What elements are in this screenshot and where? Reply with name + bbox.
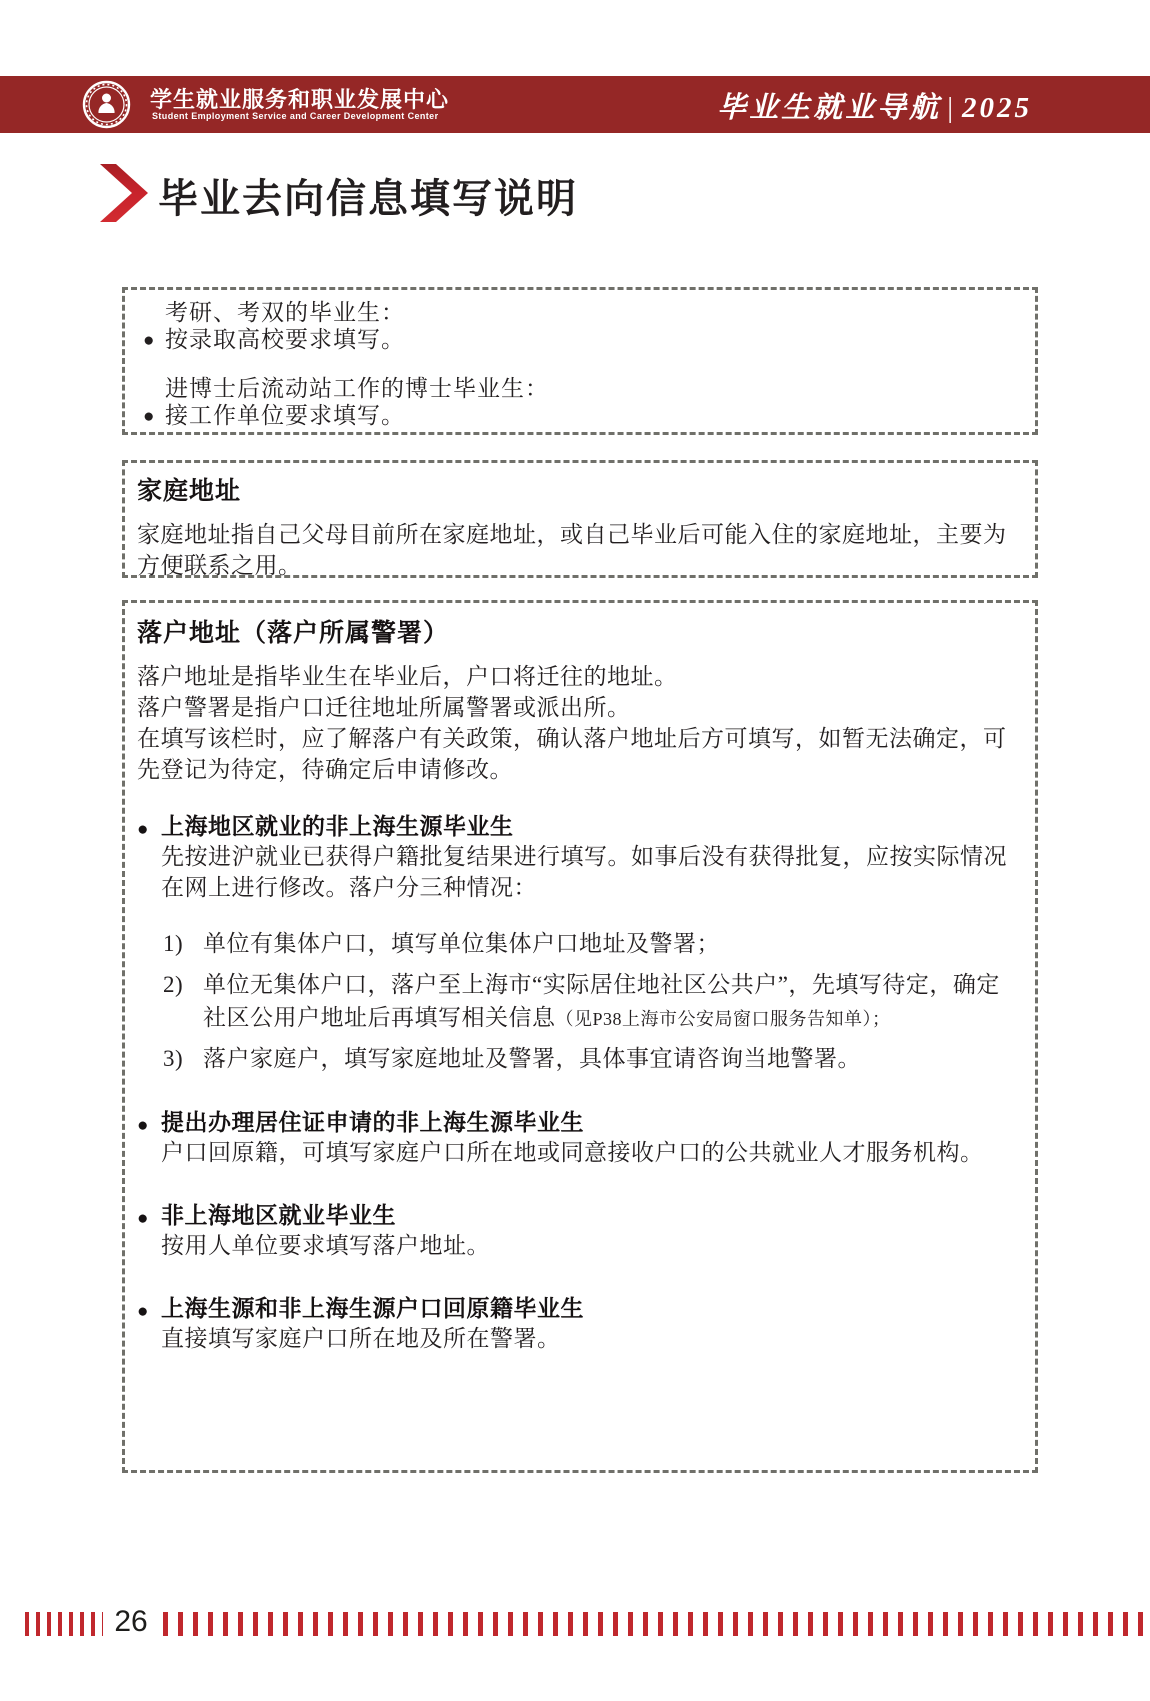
postdoc-group-heading: 进博士后流动站工作的博士毕业生： xyxy=(135,375,1025,402)
bullet-icon: ● xyxy=(143,327,155,354)
section-heading-text: 提出办理居住证申请的非上海生源毕业生 xyxy=(161,1109,584,1135)
section-heading: ● 上海地区就业的非上海生源毕业生 xyxy=(137,811,1019,841)
section-chevron-icon xyxy=(100,164,148,222)
university-seal-logo xyxy=(82,80,131,129)
exam-postdoc-box: 考研、考双的毕业生： ● 按录取高校要求填写。 进博士后流动站工作的博士毕业生：… xyxy=(122,287,1038,435)
bullet-icon: ● xyxy=(143,403,155,430)
settle-section-shanghai-employ: ● 上海地区就业的非上海生源毕业生 先按进沪就业已获得户籍批复结果进行填写。如事… xyxy=(137,811,1019,903)
page: { "header": { "org_cn": "学生就业服务和职业发展中心",… xyxy=(0,0,1150,1701)
section-heading-text: 非上海地区就业毕业生 xyxy=(161,1202,396,1228)
org-name-cn: 学生就业服务和职业发展中心 xyxy=(150,83,449,114)
list-item-main: 单位有集体户口，填写单位集体户口地址及警署； xyxy=(203,931,720,956)
list-item-marker: 2) xyxy=(163,968,203,1036)
section-body: 先按进沪就业已获得户籍批复结果进行填写。如事后没有获得批复，应按实际情况在网上进… xyxy=(137,841,1019,903)
home-address-box: 家庭地址 家庭地址指自己父母目前所在家庭地址，或自己毕业后可能入住的家庭地址，主… xyxy=(122,460,1038,578)
postdoc-group: 进博士后流动站工作的博士毕业生： ● 接工作单位要求填写。 xyxy=(135,375,1025,429)
banner-year: 2025 xyxy=(962,92,1032,124)
settle-intro-line: 落户地址是指毕业生在毕业后，户口将迁往的地址。 xyxy=(137,661,1019,692)
settle-section-residence-permit: ● 提出办理居住证申请的非上海生源毕业生 户口回原籍，可填写家庭户口所在地或同意… xyxy=(137,1107,1019,1168)
footer-ticks-right xyxy=(163,1612,1148,1636)
list-item-marker: 1) xyxy=(163,927,203,962)
list-item: 1) 单位有集体户口，填写单位集体户口地址及警署； xyxy=(163,927,1019,962)
bullet-icon: ● xyxy=(137,1297,149,1327)
list-item-text: 单位无集体户口，落户至上海市“实际居住地社区公共户”，先填写待定，确定社区公用户… xyxy=(203,968,1019,1036)
section-body: 按用人单位要求填写落户地址。 xyxy=(137,1230,1019,1261)
settle-intro-line: 落户警署是指户口迁往地址所属警署或派出所。 xyxy=(137,692,1019,723)
bullet-icon: ● xyxy=(137,1111,149,1141)
home-address-heading: 家庭地址 xyxy=(137,471,1021,507)
footer-ticks-left xyxy=(25,1612,103,1636)
page-title: 毕业去向信息填写说明 xyxy=(158,167,578,224)
page-number: 26 xyxy=(103,1605,159,1639)
exam-group: 考研、考双的毕业生： ● 按录取高校要求填写。 xyxy=(135,299,1025,353)
settle-intro-line: 在填写该栏时，应了解落户有关政策，确认落户地址后方可填写，如暂无法确定，可先登记… xyxy=(137,723,1019,785)
section-body: 户口回原籍，可填写家庭户口所在地或同意接收户口的公共就业人才服务机构。 xyxy=(137,1137,1019,1168)
header-bar: 学生就业服务和职业发展中心 Student Employment Service… xyxy=(0,76,1150,133)
settle-address-box: 落户地址（落户所属警署） 落户地址是指毕业生在毕业后，户口将迁往的地址。 落户警… xyxy=(122,600,1038,1473)
settle-address-heading: 落户地址（落户所属警署） xyxy=(137,613,1019,649)
section-body: 直接填写家庭户口所在地及所在警署。 xyxy=(137,1323,1019,1354)
exam-group-instruction: ● 按录取高校要求填写。 xyxy=(135,326,1025,353)
section-heading: ● 非上海地区就业毕业生 xyxy=(137,1200,1019,1230)
list-item-marker: 3) xyxy=(163,1042,203,1077)
list-item-main: 落户家庭户，填写家庭地址及警署，具体事宜请咨询当地警署。 xyxy=(203,1046,861,1071)
banner-divider: | xyxy=(947,92,956,124)
settle-section-non-shanghai-employ: ● 非上海地区就业毕业生 按用人单位要求填写落户地址。 xyxy=(137,1200,1019,1261)
settle-case-list: 1) 单位有集体户口，填写单位集体户口地址及警署； 2) 单位无集体户口，落户至… xyxy=(163,927,1019,1077)
bullet-icon: ● xyxy=(137,815,149,845)
org-name-en: Student Employment Service and Career De… xyxy=(152,111,438,121)
section-heading: ● 上海生源和非上海生源户口回原籍毕业生 xyxy=(137,1293,1019,1323)
section-heading-text: 上海地区就业的非上海生源毕业生 xyxy=(161,813,514,839)
exam-group-heading: 考研、考双的毕业生： xyxy=(135,299,1025,326)
settle-section-hukou-return: ● 上海生源和非上海生源户口回原籍毕业生 直接填写家庭户口所在地及所在警署。 xyxy=(137,1293,1019,1354)
bullet-icon: ● xyxy=(137,1204,149,1234)
banner-title: 毕业生就业导航|2025 xyxy=(717,85,1032,126)
list-item-text: 单位有集体户口，填写单位集体户口地址及警署； xyxy=(203,927,1019,962)
list-item: 2) 单位无集体户口，落户至上海市“实际居住地社区公共户”，先填写待定，确定社区… xyxy=(163,968,1019,1036)
home-address-body: 家庭地址指自己父母目前所在家庭地址，或自己毕业后可能入住的家庭地址，主要为方便联… xyxy=(137,519,1021,581)
list-item-note: （见P38上海市公安局窗口服务告知单）； xyxy=(556,1009,891,1029)
list-item: 3) 落户家庭户，填写家庭地址及警署，具体事宜请咨询当地警署。 xyxy=(163,1042,1019,1077)
list-item-text: 落户家庭户，填写家庭地址及警署，具体事宜请咨询当地警署。 xyxy=(203,1042,1019,1077)
exam-group-instruction-text: 按录取高校要求填写。 xyxy=(165,327,405,352)
postdoc-group-instruction-text: 接工作单位要求填写。 xyxy=(165,403,405,428)
banner-title-text: 毕业生就业导航 xyxy=(717,92,941,124)
postdoc-group-instruction: ● 接工作单位要求填写。 xyxy=(135,402,1025,429)
section-heading-text: 上海生源和非上海生源户口回原籍毕业生 xyxy=(161,1295,584,1321)
section-heading: ● 提出办理居住证申请的非上海生源毕业生 xyxy=(137,1107,1019,1137)
